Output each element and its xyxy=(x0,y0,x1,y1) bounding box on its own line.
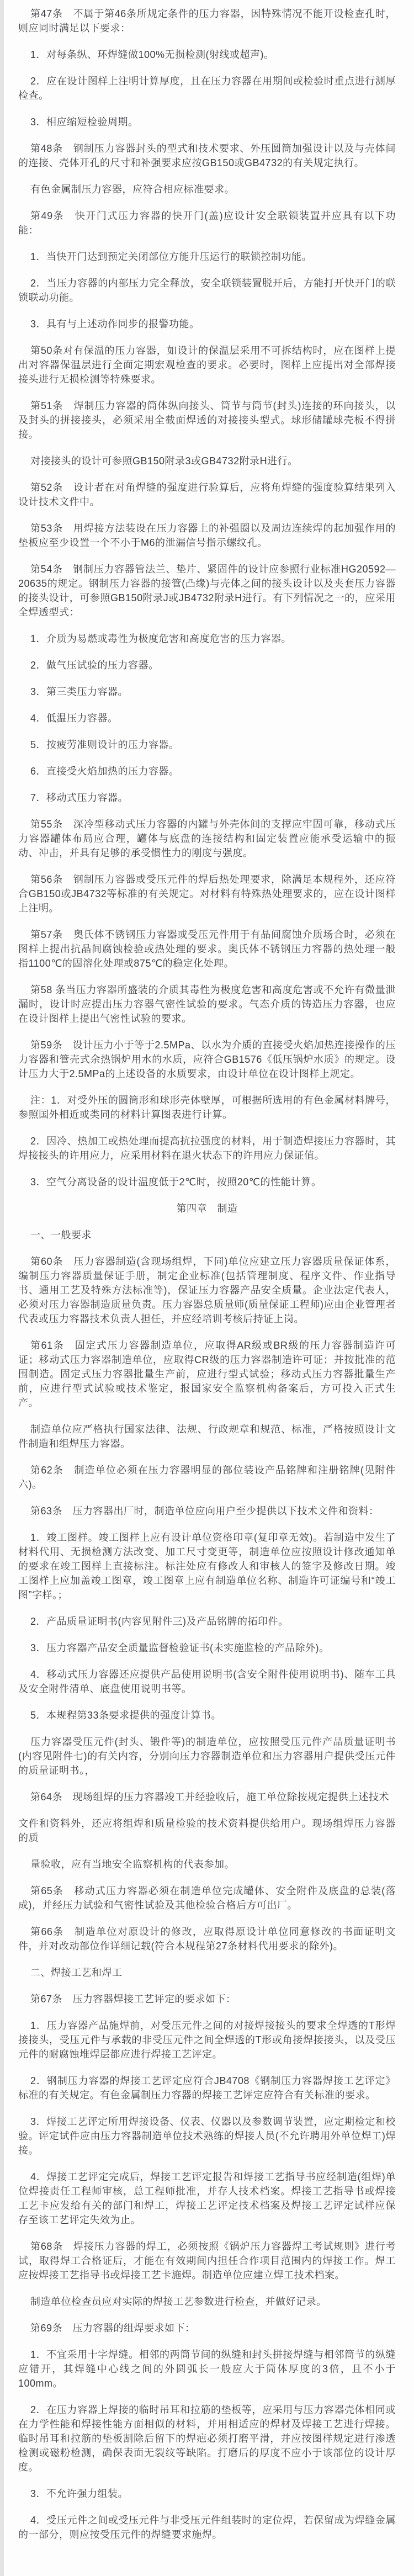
paragraph: 第64条 现场组焊的压力容器竣工并经验收后，施工单位除按规定提供上述技术 xyxy=(18,1790,396,1804)
paragraph: 4．焊接工艺评定完成后，焊接工艺评定报告和焊接工艺指导书应经制造(组焊)单位焊接… xyxy=(18,2170,396,2227)
paragraph: 文件和资料外，还应将组焊和质量检验的技术资料提供给用户。现场组焊压力容器的质 xyxy=(18,1816,396,1845)
paragraph: 4．移动式压力容器还应提供产品使用说明书(含安全附件使用说明书)、随车工具及安全… xyxy=(18,1667,396,1696)
page-edge-strip xyxy=(0,0,4,2576)
paragraph: 3．不允许强力组装。 xyxy=(18,2487,396,2501)
chapter-heading: 第四章 制造 xyxy=(18,1201,396,1216)
paragraph: 1．竣工图样。竣工图样上应有设计单位资格印章(复印章无效)。若制造中发生了材料代… xyxy=(18,1530,396,1602)
paragraph: 3．空气分离设备的设计温度低于2℃时，按照20℃的性能计算。 xyxy=(18,1175,396,1189)
paragraph: 3．焊接工艺评定所用焊接设备、仪表、仪器以及参数调节装置，应定期检定和校验。评定… xyxy=(18,2114,396,2158)
paragraph: 5．本规程第33条要求提供的强度计算书。 xyxy=(18,1708,396,1722)
paragraph: 第61条 固定式压力容器制造单位，应取得AR级或BR级的压力容器制造许可证；移动… xyxy=(18,1338,396,1410)
paragraph: 3．压力容器产品安全质量监督检验证书(未实施监检的产品除外)。 xyxy=(18,1641,396,1655)
paragraph: 4．受压元件之间或受压元件与非受压元件组装时的定位焊，若保留成为焊缝金属的一部分… xyxy=(18,2513,396,2542)
section-heading: 二、焊接工艺和焊工 xyxy=(18,1965,396,1980)
paragraph: 2．因冷、热加工或热处理而提高抗拉强度的材料，用于制造焊接压力容器时，其焊接接头… xyxy=(18,1134,396,1163)
paragraph: 量验收，应有当地安全监察机构的代表参加。 xyxy=(18,1857,396,1872)
paragraph: 第66条 制造单位对原设计的修改，应取得原设计单位同意修改的书面证明文件，并对改… xyxy=(18,1925,396,1953)
paragraph: 1．不宜采用十字焊缝。相邻的两筒节间的纵缝和封头拼接焊缝与相邻筒节的纵缝应错开，… xyxy=(18,2347,396,2391)
paragraph: 压力容器受压元件(封头、锻件等)的制造单位，应按照受压元件产品质量证明书(内容见… xyxy=(18,1735,396,1778)
paragraph: 第54条 钢制压力容器管法兰、垫片、紧固件的设计应参照行业标准HG20592—2… xyxy=(18,562,396,619)
paragraph: 第53条 用焊接方法装设在压力容器上的补强圈以及周边连续焊的起加强作用的垫板应至… xyxy=(18,521,396,550)
document-page: 第47条 不属于第46条所规定条件的压力容器，因特殊情况不能开设检查孔时，则应同… xyxy=(0,0,414,2576)
paragraph: 注：1．对受外压的圆筒形和球形壳体壁厚，可根据所选用的有色金属材料牌号，参照国外… xyxy=(18,1093,396,1122)
paragraph: 1．介质为易燃或毒性为极度危害和高度危害的压力容器。 xyxy=(18,632,396,646)
paragraph: 2．做气压试验的压力容器。 xyxy=(18,658,396,672)
paragraph: 第56条 钢制压力容器或受压元件的焊后热处理要求，除满足本规程外，还应符合GB1… xyxy=(18,872,396,915)
paragraph: 2．当压力容器的内部压力完全释放，安全联锁装置脱开后，方能打开快开门的联锁联动功… xyxy=(18,276,396,305)
paragraph: 制造单位检查员应对实际的焊接工艺参数进行检查，并做好记录。 xyxy=(18,2294,396,2309)
paragraph: 第47条 不属于第46条所规定条件的压力容器，因特殊情况不能开设检查孔时，则应同… xyxy=(18,7,396,35)
paragraph: 第58 条当压力容器所盛装的介质其毒性为极度危害和高度危害或不允许有微量泄漏时，… xyxy=(18,983,396,1026)
paragraph: 第67条 压力容器焊接工艺评定的要求如下： xyxy=(18,1992,396,2006)
paragraph: 第49条 快开门式压力容器的快开门(盖)应设计安全联锁装置并应具有以下功能： xyxy=(18,209,396,237)
paragraph: 第55条 深冷型移动式压力容器的内罐与外壳体间的支撑应牢固可靠，移动式压力容器罐… xyxy=(18,817,396,860)
paragraph: 3．第三类压力容器。 xyxy=(18,685,396,699)
paragraph: 2．应在设计图样上注明计算厚度，且在压力容器在用期间或检验时重点进行测厚检查。 xyxy=(18,74,396,103)
paragraph: 对接接头的设计可参照GB150附录3或GB4732附录H进行。 xyxy=(18,454,396,468)
paragraph: 3．具有与上述动作同步的报警功能。 xyxy=(18,317,396,331)
paragraph: 3．相应缩短检验周期。 xyxy=(18,115,396,129)
paragraph: 1．压力容器产品施焊前，对受压元件之间的对接焊接接头的要求全焊透的T形焊接接头，… xyxy=(18,2018,396,2061)
paragraph: 第50条对有保温的压力容器，如设计的保温层采用不可拆结构时，应在图样上提出对容器… xyxy=(18,343,396,386)
paragraph: 5．按疲劳准则设计的压力容器。 xyxy=(18,738,396,752)
document-body: 第47条 不属于第46条所规定条件的压力容器，因特殊情况不能开设检查孔时，则应同… xyxy=(0,0,414,2576)
paragraph: 1．对每条纵、环焊缝做100%无损检测(射线或超声)。 xyxy=(18,47,396,62)
paragraph: 第51条 焊制压力容器的筒体纵向接头、筒节与筒节(封头)连接的环向接头，以及封头… xyxy=(18,399,396,442)
paragraph: 第52条 设计者在对角焊缝的强度进行验算后，应将角焊缝的强度验算结果列入设计技术… xyxy=(18,480,396,509)
paragraph: 第59条 设计压力小于等于2.5MPa、以水为介质的直接受火焰加热连接操作的压力… xyxy=(18,1038,396,1081)
paragraph: 第63条 压力容器出厂时，制造单位应向用户至少提供以下技术文件和资料： xyxy=(18,1504,396,1518)
paragraph: 第62条 制造单位必须在压力容器明显的部位装设产品铭牌和注册铭牌(见附件六)。 xyxy=(18,1463,396,1492)
paragraph: 2．产品质量证明书(内容见附件三)及产品铭牌的拓印件。 xyxy=(18,1614,396,1629)
paragraph: 6．直接受火焰加热的压力容器。 xyxy=(18,764,396,778)
section-heading: 一、一般要求 xyxy=(18,1228,396,1242)
paragraph: 2．钢制压力容器的焊接工艺评定应符合JB4708《钢制压力容器焊接工艺评定》标准… xyxy=(18,2074,396,2102)
paragraph: 7．移动式压力容器。 xyxy=(18,791,396,805)
paragraph: 第60条 压力容器制造(含现场组焊，下同)单位应建立压力容器质量保证体系，编制压… xyxy=(18,1254,396,1326)
paragraph: 第65条 移动式压力容器必须在制造单位完成罐体、安全附件及底盘的总装(落成)，并… xyxy=(18,1884,396,1912)
paragraph: 1．当快开门达到预定关闭部位方能升压运行的联锁控制功能。 xyxy=(18,250,396,264)
paragraph: 第68条 焊接压力容器的焊工，必须按照《锅炉压力容器焊工考试规则》进行考试，取得… xyxy=(18,2239,396,2282)
paragraph: 4．低温压力容器。 xyxy=(18,711,396,725)
paragraph: 第69条 压力容器的组焊要求如下： xyxy=(18,2321,396,2335)
paragraph: 第48条 钢制压力容器封头的型式和技术要求、外压圆筒加强设计以及与壳体间的连接、… xyxy=(18,141,396,170)
paragraph: 第57条 奥氏体不锈钢压力容器或受压元件用于有晶间腐蚀介质场合时，必须在图样上提… xyxy=(18,927,396,971)
paragraph: 有色金属制压力容器，应符合相应标准要求。 xyxy=(18,182,396,197)
paragraph: 2．在压力容器上焊接的临时吊耳和拉筋的垫板等，应采用与压力容器壳体相同或在力学性… xyxy=(18,2403,396,2474)
paragraph: 制造单位应严格执行国家法律、法规、行政规章和规范、标准，严格按照设计文件制造和组… xyxy=(18,1422,396,1451)
